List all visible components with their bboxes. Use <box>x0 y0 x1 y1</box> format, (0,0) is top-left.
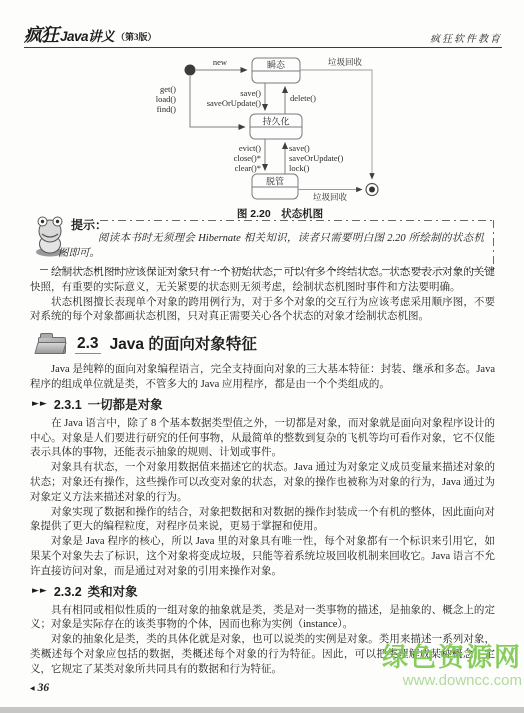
paragraph: 具有相同或相似性质的一组对象的抽象就是类，类是对一类事物的描述，是抽象的、概念上… <box>30 604 495 634</box>
logo-edition-text: （第3版） <box>116 30 157 43</box>
transition-delete-label: delete() <box>290 93 316 103</box>
paragraph: Java 是纯粹的面向对象编程语言，完全支持面向对象的三大基本特征：封装、继承和… <box>30 363 495 393</box>
transition-close-label: close()* <box>234 153 261 163</box>
publisher-name: 疯狂软件教育 <box>430 30 502 47</box>
subsection-title: 一切都是对象 <box>88 398 163 413</box>
transition-lock-label: lock() <box>289 163 309 173</box>
logo-title-text: Java讲义 <box>60 25 114 45</box>
transition-find-label: find() <box>157 104 177 114</box>
book-logo: 疯狂 Java讲义 （第3版） <box>24 21 157 47</box>
transition-evict-label: evict() <box>239 143 261 153</box>
subsection-number: 2.3.2 <box>54 585 82 600</box>
state-persistent: 持久化 <box>250 114 302 139</box>
transition-saveorupdate-lower-label: saveOrUpdate() <box>289 153 343 163</box>
subsection-title: 类和对象 <box>88 585 138 600</box>
page-header: 疯狂 Java讲义 （第3版） 疯狂软件教育 <box>24 26 502 48</box>
paragraph: 对象是 Java 程序的核心，所以 Java 里的对象具有唯一性，每个对象都有一… <box>30 535 495 579</box>
transition-save-upper-label: save() <box>240 88 261 98</box>
subsection-number: 2.3.1 <box>54 398 82 413</box>
section-number: 2.3 <box>75 337 101 354</box>
transition-gc-top-label: 垃圾回收 <box>328 57 363 67</box>
section-title: Java 的面向对象特征 <box>110 338 257 353</box>
paragraph: 对象实现了数据和操作的结合，对象把数据和对数据的操作封装成一个有机的整体，因此面… <box>30 506 495 536</box>
double-chevron-icon: ►► <box>32 397 48 412</box>
transition-save-lower-label: save() <box>289 143 310 153</box>
transition-clear-label: clear()* <box>235 163 261 173</box>
logo-script-text: 疯狂 <box>24 21 58 47</box>
book-page: 疯狂 Java讲义 （第3版） 疯狂软件教育 new 瞬态 垃圾回收 get() <box>0 0 524 713</box>
subsection-heading-2-3-1: ►► 2.3.1 一切都是对象 <box>32 398 495 413</box>
tip-box: 提示： 阅读本书时无须理会 Hibernate 相关知识，读者只需要明白图 2.… <box>30 220 494 270</box>
watermark-site-name: 绿色资源网 <box>382 644 522 671</box>
tip-border-top <box>100 220 494 221</box>
state-transient: 瞬态 <box>252 58 300 83</box>
paragraph: 在 Java 语言中，除了 8 个基本数据类型值之外，一切都是对象，而对象就是面… <box>30 417 495 461</box>
page-content: 绘制状态机图时应该保证对象只有一个初始状态，可以有多个终结状态。状态要表示对象的… <box>30 266 495 678</box>
double-chevron-icon: ►► <box>32 584 48 599</box>
scan-edge-bar <box>0 707 524 713</box>
watermark-site-url: www.downcc.com <box>382 673 522 689</box>
figure-caption: 图 2.20 状态机图 <box>100 206 460 221</box>
subsection-heading-2-3-2: ►► 2.3.2 类和对象 <box>32 585 495 600</box>
paragraph: 对象具有状态，一个对象用数据值来描述它的状态。Java 通过为对象定义成员变量来… <box>30 461 495 505</box>
state-transient-label: 瞬态 <box>267 59 286 70</box>
tip-text: 阅读本书时无须理会 Hibernate 相关知识，读者只需要明白图 2.20 所… <box>58 232 484 261</box>
transition-new-label: new <box>213 57 228 67</box>
section-heading-2-3: 2.3 Java 的面向对象特征 <box>38 334 495 356</box>
folder-icon <box>38 337 66 354</box>
transition-saveorupdate-upper-label: saveOrUpdate() <box>207 98 261 108</box>
transition-get-label: get() <box>160 84 176 94</box>
page-footer: ◀ 36 <box>30 682 49 694</box>
tip-border-right <box>493 220 494 270</box>
state-detached: 脱管 <box>252 174 298 199</box>
state-detached-label: 脱管 <box>266 176 284 187</box>
site-watermark: 绿色资源网 www.downcc.com <box>382 644 522 689</box>
final-state-icon <box>366 184 378 196</box>
initial-state-icon <box>185 65 196 76</box>
transition-load-label: load() <box>156 94 176 104</box>
state-machine-diagram: new 瞬态 垃圾回收 get() load() find() save() s… <box>128 50 488 208</box>
paragraph: 状态机图擅长表现单个对象的跨用例行为，对于多个对象的交互行为应该考虑采用顺序图，… <box>30 296 495 326</box>
page-marker-icon: ◀ <box>30 685 35 692</box>
paragraph: 绘制状态机图时应该保证对象只有一个初始状态，可以有多个终结状态。状态要表示对象的… <box>30 266 495 296</box>
tip-label: 提示： <box>71 216 107 233</box>
page-number: 36 <box>38 682 50 694</box>
state-persistent-label: 持久化 <box>262 116 289 127</box>
transition-gc-bottom-label: 垃圾回收 <box>313 192 348 202</box>
